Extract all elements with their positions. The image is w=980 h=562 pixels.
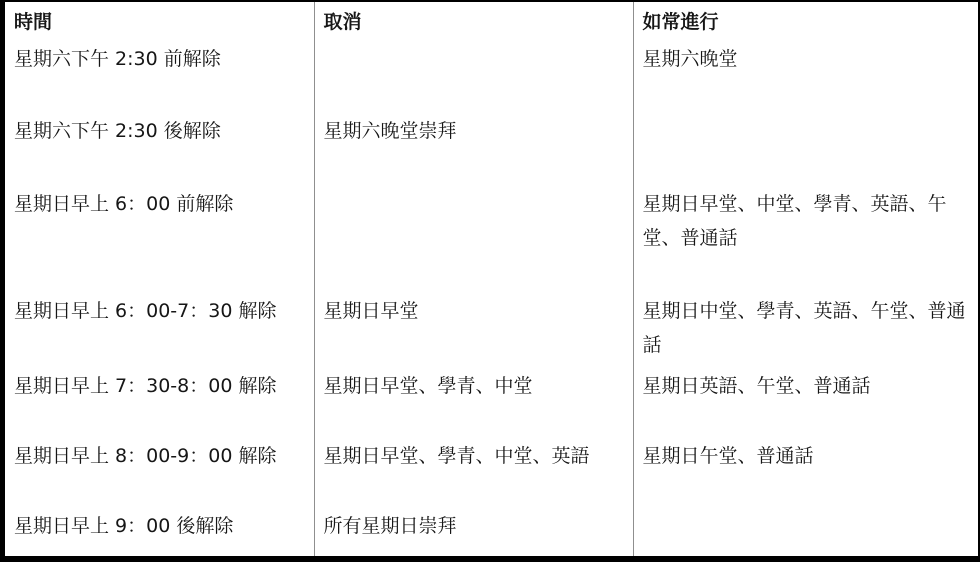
cell-time: 星期日早上 9：00 後解除 — [5, 506, 314, 556]
table-row: 星期六下午 2:30 後解除 星期六晚堂崇拜 — [5, 111, 978, 184]
cell-time: 星期日早上 6：00-7：30 解除 — [5, 291, 314, 366]
cell-cancel — [314, 39, 633, 111]
cell-cancel: 星期六晚堂崇拜 — [314, 111, 633, 184]
cell-proceed: 星期日英語、午堂、普通話 — [633, 366, 978, 436]
table-row: 星期日早上 9：00 後解除 所有星期日崇拜 — [5, 506, 978, 556]
column-header-proceed: 如常進行 — [633, 2, 978, 39]
cell-cancel: 所有星期日崇拜 — [314, 506, 633, 556]
cell-proceed — [633, 111, 978, 184]
cell-time: 星期日早上 7：30-8：00 解除 — [5, 366, 314, 436]
table-row: 星期日早上 8：00-9：00 解除 星期日早堂、學青、中堂、英語 星期日午堂、… — [5, 436, 978, 506]
cell-time: 星期日早上 6：00 前解除 — [5, 184, 314, 291]
table-row: 星期日早上 6：00-7：30 解除 星期日早堂 星期日中堂、學青、英語、午堂、… — [5, 291, 978, 366]
cell-cancel: 星期日早堂、學青、中堂 — [314, 366, 633, 436]
cell-time: 星期日早上 8：00-9：00 解除 — [5, 436, 314, 506]
table-row: 星期日早上 6：00 前解除 星期日早堂、中堂、學青、英語、午堂、普通話 — [5, 184, 978, 291]
cell-proceed — [633, 506, 978, 556]
cell-cancel: 星期日早堂、學青、中堂、英語 — [314, 436, 633, 506]
cell-proceed: 星期六晚堂 — [633, 39, 978, 111]
table-row: 星期日早上 7：30-8：00 解除 星期日早堂、學青、中堂 星期日英語、午堂、… — [5, 366, 978, 436]
column-header-cancel: 取消 — [314, 2, 633, 39]
cell-cancel: 星期日早堂 — [314, 291, 633, 366]
header-row: 時間 取消 如常進行 — [5, 2, 978, 39]
cell-proceed: 星期日午堂、普通話 — [633, 436, 978, 506]
cell-time: 星期六下午 2:30 後解除 — [5, 111, 314, 184]
cell-cancel — [314, 184, 633, 291]
cell-proceed: 星期日早堂、中堂、學青、英語、午堂、普通話 — [633, 184, 978, 291]
schedule-document: 時間 取消 如常進行 星期六下午 2:30 前解除 星期六晚堂 星期六下午 2:… — [0, 0, 980, 562]
table-row: 星期六下午 2:30 前解除 星期六晚堂 — [5, 39, 978, 111]
schedule-table: 時間 取消 如常進行 星期六下午 2:30 前解除 星期六晚堂 星期六下午 2:… — [5, 2, 978, 556]
cell-time: 星期六下午 2:30 前解除 — [5, 39, 314, 111]
column-header-time: 時間 — [5, 2, 314, 39]
cell-proceed: 星期日中堂、學青、英語、午堂、普通話 — [633, 291, 978, 366]
